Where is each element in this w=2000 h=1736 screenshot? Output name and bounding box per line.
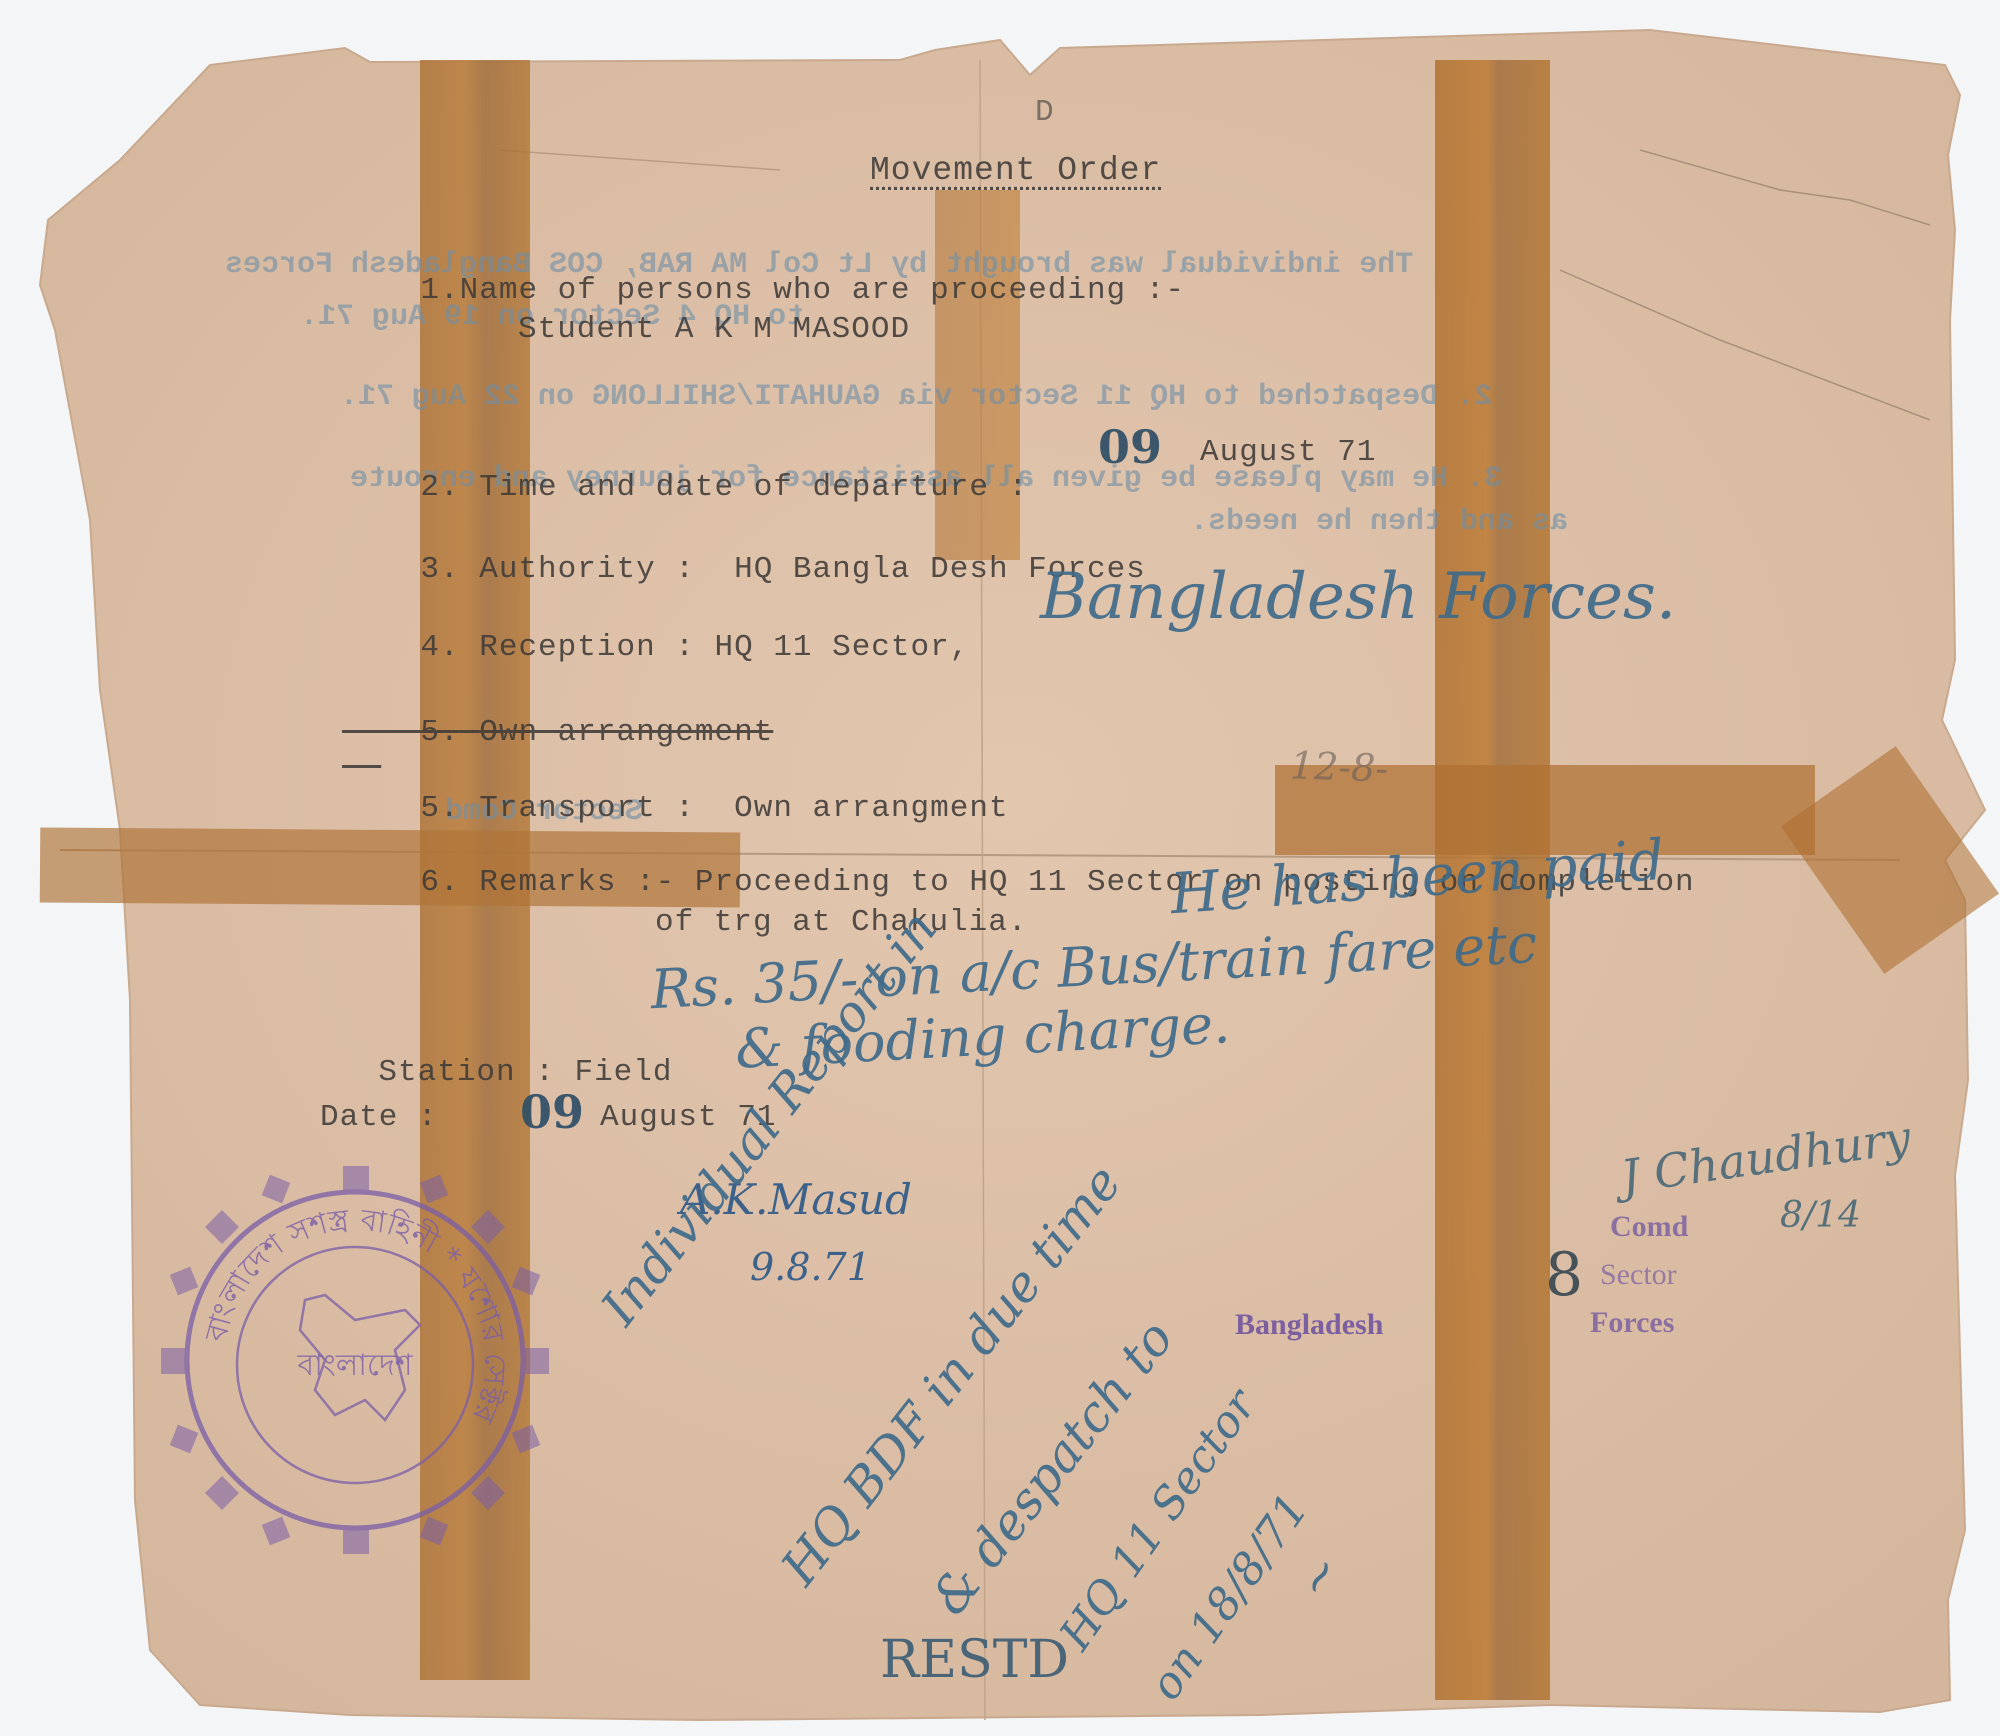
- restd-mark: RESTD: [880, 1630, 1069, 1690]
- item-1-value: Student A K M MASOOD: [518, 312, 910, 347]
- item-2-label: Time and date of departure :: [479, 470, 1028, 505]
- stamp-bangladesh: Bangladesh: [1235, 1308, 1383, 1342]
- page-title: Movement Order: [870, 152, 1161, 189]
- item-6-value-cont: of trg at Chakulia.: [655, 905, 1027, 940]
- item-5-number: 5.: [420, 791, 459, 826]
- document-sheet: The individual was brought by Lt Col MA …: [0, 0, 2000, 1736]
- item-5-struck-number: 5.: [420, 715, 459, 750]
- item-3-number: 3.: [420, 552, 459, 587]
- item-2-number: 2.: [420, 470, 459, 505]
- item-2-value: August 71: [1200, 435, 1376, 470]
- item-4-number: 4.: [420, 630, 459, 665]
- station-value: Field: [574, 1055, 672, 1090]
- stamp-sector: Sector: [1600, 1258, 1677, 1292]
- departure-date-handwritten: 09: [1098, 420, 1162, 474]
- margin-date: 12-8-: [1289, 743, 1389, 790]
- date-label: Date :: [320, 1100, 438, 1135]
- item-5-label: Transport :: [479, 791, 695, 826]
- item-4-label: Reception : HQ 11 Sector,: [479, 630, 969, 665]
- item-1-label: Name of persons who are proceeding :-: [460, 273, 1185, 308]
- item-5-value: Own arrangment: [734, 791, 1008, 826]
- stamp-comd: Comd: [1610, 1210, 1688, 1244]
- header-mark: D: [1035, 95, 1055, 130]
- item-3-label: Authority :: [479, 552, 695, 587]
- signature-date: 9.8.71: [750, 1245, 871, 1289]
- commander-sub: 8/14: [1780, 1195, 1861, 1236]
- official-seal-stamp: বাংলাদেশ বাংলাদেশ সশস্ত্র বাহিনী * যশোর …: [155, 1160, 555, 1560]
- stamp-forces: Forces: [1590, 1306, 1674, 1340]
- mirrored-line-5: as and then he needs.: [1190, 505, 1568, 539]
- item-6-label: Remarks :-: [479, 865, 675, 900]
- item-5-struck-label: Own arrangement: [479, 715, 773, 750]
- reception-handwritten: Bangladesh Forces.: [1040, 560, 1676, 634]
- mirrored-line-3: 2. Despatched to HQ 11 Sector via GAUHAT…: [340, 380, 1492, 414]
- sector-number: 8: [1545, 1240, 1583, 1310]
- date-handwritten: 09: [520, 1085, 584, 1139]
- item-1-number: 1.: [420, 273, 459, 308]
- seal-inner-text: বাংলাদেশ: [297, 1348, 414, 1383]
- item-6-number: 6.: [420, 865, 459, 900]
